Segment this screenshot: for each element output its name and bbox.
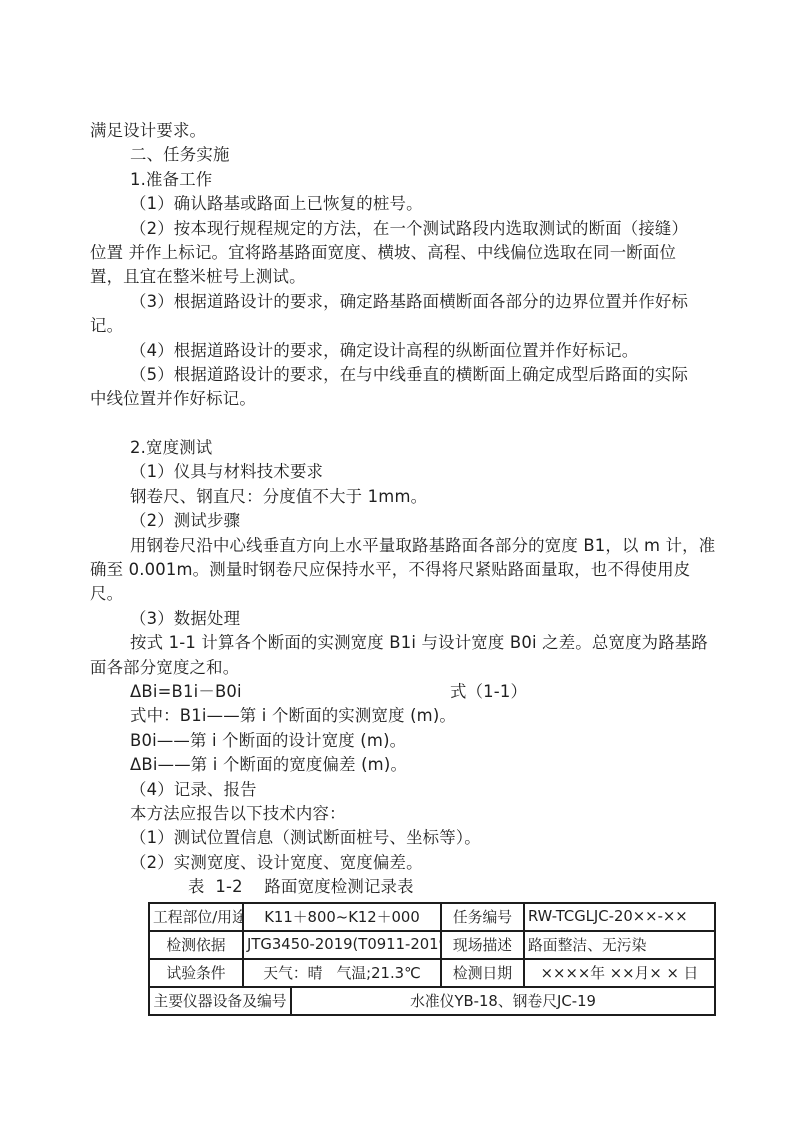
document-page: 满足设计要求。二、任务实施1.准备工作（1）确认路基或路面上已恢复的桩号。（2）… (0, 0, 800, 1131)
table-caption: 表 1-2 路面宽度检测记录表 (90, 875, 712, 899)
formula-line: ΔBi=B1i－B0i式（1-1） (90, 680, 712, 704)
cell-instruments-label: 主要仪器设备及编号 (149, 987, 291, 1015)
cell-test-conditions-value: 天气：晴 气温;21.3℃ (243, 959, 441, 987)
text-line: （3）根据道路设计的要求，确定路基路面横断面各部分的边界位置并作好标 (90, 290, 712, 314)
text-line: 2.宽度测试 (90, 436, 712, 460)
cell-task-number-value: RW-TCGLJC-20××-×× (524, 903, 715, 931)
cell-test-date-label: 检测日期 (441, 959, 524, 987)
cell-site-description-label: 现场描述 (441, 931, 524, 959)
text-line: （4）根据道路设计的要求，确定设计高程的纵断面位置并作好标记。 (90, 339, 712, 363)
text-line: 尺。 (90, 582, 712, 606)
text-line: （5）根据道路设计的要求，在与中线垂直的横断面上确定成型后路面的实际 (90, 363, 712, 387)
blank-line (90, 412, 712, 436)
text-line: （1）确认路基或路面上已恢复的桩号。 (90, 192, 712, 216)
text-line: （2）测试步骤 (90, 509, 712, 533)
record-table-footer: 主要仪器设备及编号 水准仪YB-18、钢卷尺JC-19 (148, 986, 716, 1016)
text-line: 二、任务实施 (90, 143, 712, 167)
text-line: 本方法应报告以下技术内容： (90, 802, 712, 826)
cell-instruments-value: 水准仪YB-18、钢卷尺JC-19 (291, 987, 715, 1015)
text-line: （3）数据处理 (90, 607, 712, 631)
text-line: 式中：B1i——第 i 个断面的实测宽度 (m)。 (90, 704, 712, 728)
text-line: 确至 0.001m。测量时钢卷尺应保持水平，不得将尺紧贴路面量取，也不得使用皮 (90, 558, 712, 582)
cell-site-description-value: 路面整洁、无污染 (524, 931, 715, 959)
text-line: 置，且宜在整米桩号上测试。 (90, 265, 712, 289)
text-line: 位置 并作上标记。宜将路基路面宽度、横坡、高程、中线偏位选取在同一断面位 (90, 241, 712, 265)
cell-test-date-value: ××××年 ××月× × 日 (524, 959, 715, 987)
text-line: 用钢卷尺沿中心线垂直方向上水平量取路基路面各部分的宽度 B1，以 m 计，准 (90, 534, 712, 558)
record-table: 工程部位/用途 K11＋800~K12＋000 任务编号 RW-TCGLJC-2… (148, 902, 716, 988)
cell-task-number-label: 任务编号 (441, 903, 524, 931)
text-line: 满足设计要求。 (90, 119, 712, 143)
table-row: 试验条件 天气：晴 气温;21.3℃ 检测日期 ××××年 ××月× × 日 (149, 959, 715, 987)
text-line: ΔBi——第 i 个断面的宽度偏差 (m)。 (90, 753, 712, 777)
text-line: （2）按本现行规程规定的方法，在一个测试路段内选取测试的断面（接缝） (90, 217, 712, 241)
cell-test-basis-value: JTG3450-2019(T0911-2019) (243, 931, 441, 959)
cell-project-part-label: 工程部位/用途 (149, 903, 243, 931)
text-line: 面各部分宽度之和。 (90, 656, 712, 680)
text-line: （2）实测宽度、设计宽度、宽度偏差。 (90, 851, 712, 875)
cell-test-basis-label: 检测依据 (149, 931, 243, 959)
text-line: （1）仪具与材料技术要求 (90, 460, 712, 484)
document-text: 满足设计要求。二、任务实施1.准备工作（1）确认路基或路面上已恢复的桩号。（2）… (90, 119, 712, 900)
table-row: 主要仪器设备及编号 水准仪YB-18、钢卷尺JC-19 (149, 987, 715, 1015)
text-line: （4）记录、报告 (90, 778, 712, 802)
text-line: 1.准备工作 (90, 168, 712, 192)
formula-expression: ΔBi=B1i－B0i (130, 682, 242, 701)
formula-label: 式（1-1） (450, 680, 527, 704)
cell-project-part-value: K11＋800~K12＋000 (243, 903, 441, 931)
text-line: （1）测试位置信息（测试断面桩号、坐标等）。 (90, 826, 712, 850)
text-line: 记。 (90, 314, 712, 338)
text-line: 钢卷尺、钢直尺：分度值不大于 1mm。 (90, 485, 712, 509)
text-line: B0i——第 i 个断面的设计宽度 (m)。 (90, 729, 712, 753)
text-line: 中线位置并作好标记。 (90, 387, 712, 411)
table-row: 工程部位/用途 K11＋800~K12＋000 任务编号 RW-TCGLJC-2… (149, 903, 715, 931)
cell-test-conditions-label: 试验条件 (149, 959, 243, 987)
table-row: 检测依据 JTG3450-2019(T0911-2019) 现场描述 路面整洁、… (149, 931, 715, 959)
text-line: 按式 1-1 计算各个断面的实测宽度 B1i 与设计宽度 B0i 之差。总宽度为… (90, 631, 712, 655)
